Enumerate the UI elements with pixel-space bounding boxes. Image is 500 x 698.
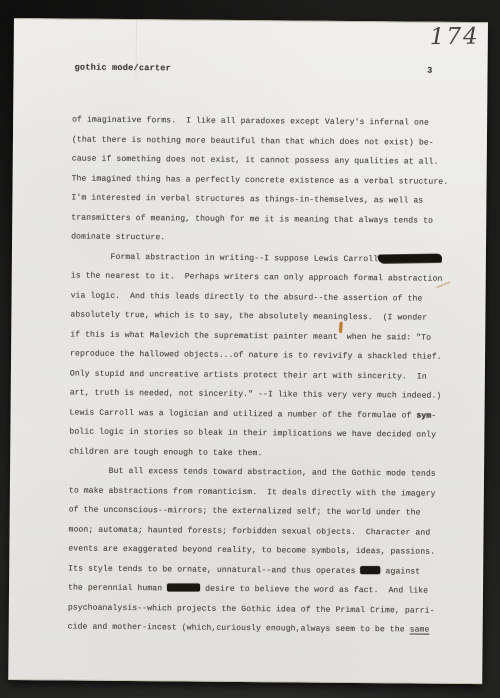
text-segment: absolutely true, which is to say, the ab…: [70, 311, 427, 323]
text-segment: cause if something does not exist, it ca…: [72, 155, 439, 167]
text-segment: to make abstractions from romanticism. I…: [69, 486, 436, 498]
text-segment: art, truth is needed, not sincerity." --…: [70, 389, 442, 401]
crossed-out-word: [378, 253, 442, 262]
text-segment: bolic logic in stories so bleak in their…: [69, 427, 436, 439]
text-segment: when he said: "To: [342, 332, 431, 342]
text-segment: via logic. And this leads directly to th…: [71, 291, 423, 303]
text-segment: desire to believe the word as fact. And …: [200, 585, 428, 596]
typescript-line: cide and mother-incest (which,curiously …: [68, 617, 468, 640]
text-segment: moon; automata; haunted forests; forbidd…: [68, 525, 430, 537]
typescript-body: of imaginative forms. I like all paradox…: [68, 111, 473, 641]
text-segment: I'm interested in verbal structures as t…: [71, 194, 423, 206]
text-segment: Only stupid and uncreative artists prote…: [70, 369, 427, 381]
text-segment: of imaginative forms. I like all paradox…: [72, 116, 429, 128]
header-page-number: 3: [427, 66, 432, 76]
text-segment: events are exaggerated beyond reality, t…: [68, 544, 435, 556]
text-segment: cide and mother-incest (which,curiously …: [68, 622, 410, 634]
typescript-page: 174 gothic mode/carter 3 of imaginative …: [8, 18, 488, 684]
overtyped-text: sym: [416, 411, 431, 420]
photo-background: { "page": { "archive_number": "174", "he…: [0, 0, 500, 698]
text-segment: of the unconscious--mirrors; the externa…: [69, 505, 421, 517]
text-segment: But all excess tends toward abstraction,…: [69, 466, 436, 478]
text-segment: is the nearest to it. Perhaps writers ca…: [71, 272, 443, 284]
text-segment: the perennial human: [68, 583, 167, 593]
text-segment: transmitters of meaning, though for me i…: [71, 213, 433, 225]
text-segment: (that there is nothing more beautiful th…: [72, 135, 434, 147]
text-segment: if this is what Malevich the suprematist…: [70, 330, 338, 341]
underlined-text: same: [410, 625, 430, 634]
handwritten-insertion-mark: [339, 321, 343, 332]
header-title: gothic mode/carter: [75, 63, 172, 74]
redacted-word: [361, 566, 381, 574]
running-header: gothic mode/carter 3: [75, 63, 433, 76]
redacted-word: [167, 583, 200, 591]
text-segment: The imagined thing has a perfectly concr…: [72, 174, 449, 186]
text-segment: -: [431, 411, 436, 420]
text-segment: Lewis Carroll was a logician and utilize…: [70, 408, 417, 420]
text-segment: psychoanalysis--which projects the Gothi…: [68, 603, 435, 615]
text-segment: children are tough enough to take them.: [69, 447, 262, 458]
text-segment: Formal abstraction in writing--I suppose…: [71, 252, 378, 264]
text-segment: Its style tends to be ornate, unnatural-…: [68, 564, 360, 576]
text-segment: reproduce the hallowed objects...of natu…: [70, 350, 442, 362]
handwritten-page-number: 174: [430, 24, 480, 50]
text-segment: against: [381, 567, 421, 576]
text-segment: dominate structure.: [71, 233, 165, 243]
